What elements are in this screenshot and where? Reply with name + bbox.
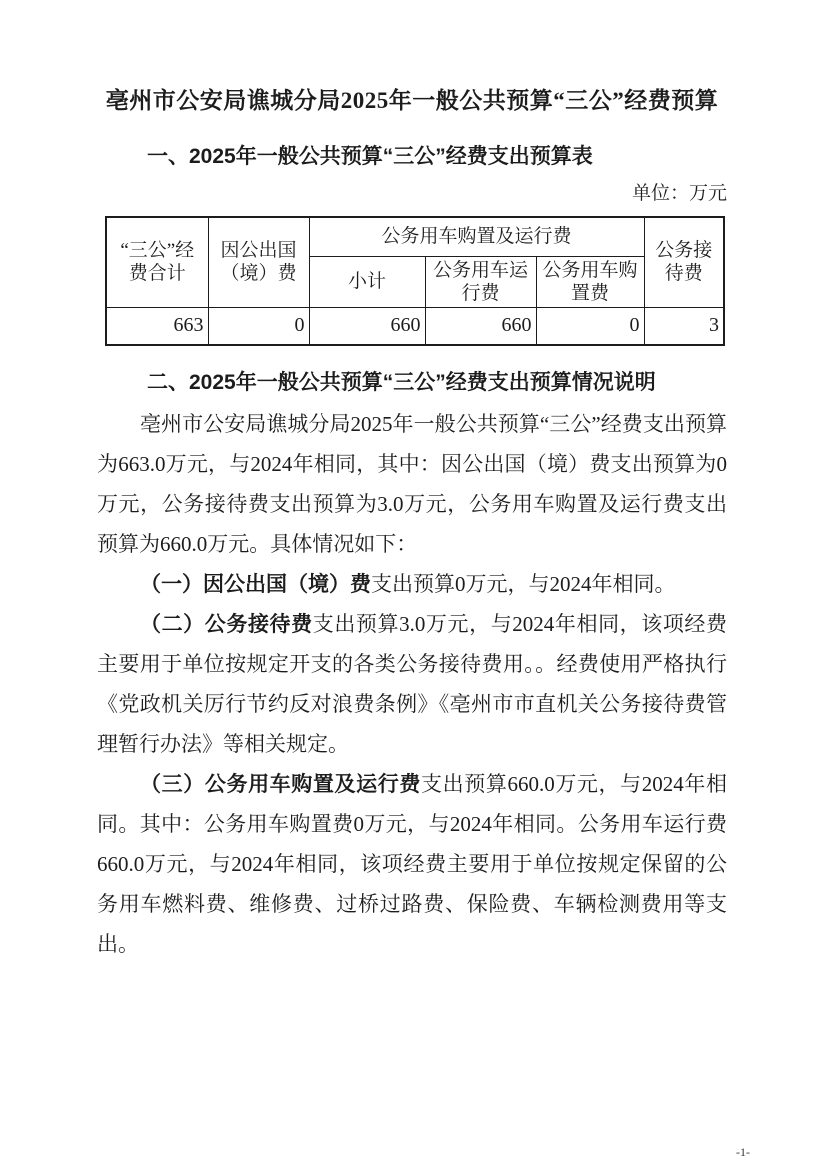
paragraph-item3-text: 支出预算660.0万元，与2024年相同。其中：公务用车购置费0万元，与2024… [97,772,727,956]
document-page: 亳州市公安局谯城分局2025年一般公共预算“三公”经费预算 一、2025年一般公… [0,0,826,1169]
cell-total: 663 [106,307,208,345]
paragraph-item3: （三）公务用车购置及运行费支出预算660.0万元，与2024年相同。其中：公务用… [97,764,727,964]
cell-abroad: 0 [208,307,309,345]
section2-heading: 二、2025年一般公共预算“三公”经费支出预算情况说明 [97,370,727,396]
paragraph-item2: （二）公务接待费支出预算3.0万元，与2024年相同，该项经费主要用于单位按规定… [97,604,727,764]
section1-heading: 一、2025年一般公共预算“三公”经费支出预算表 [97,144,727,170]
document-title: 亳州市公安局谯城分局2025年一般公共预算“三公”经费预算 [97,86,727,116]
table-row: 663 0 660 660 0 3 [106,307,724,345]
paragraph-item1-text: 支出预算0万元，与2024年相同。 [371,572,676,596]
col-header-vehicle-subtotal: 小计 [309,256,425,307]
cell-vehicle-operation: 660 [425,307,536,345]
paragraph-item1: （一）因公出国（境）费支出预算0万元，与2024年相同。 [97,564,727,604]
paragraph-item2-lead: （二）公务接待费 [140,612,313,636]
unit-label: 单位：万元 [97,182,727,206]
col-header-reception: 公务接待费 [644,217,724,307]
col-header-total: “三公”经费合计 [106,217,208,307]
budget-table: “三公”经费合计 因公出国（境）费 公务用车购置及运行费 公务接待费 小计 公务… [105,216,725,346]
col-header-vehicle-group: 公务用车购置及运行费 [309,217,644,256]
col-header-vehicle-operation: 公务用车运行费 [425,256,536,307]
page-number: -1- [736,1145,750,1159]
cell-vehicle-subtotal: 660 [309,307,425,345]
cell-reception: 3 [644,307,724,345]
paragraph-intro: 亳州市公安局谯城分局2025年一般公共预算“三公”经费支出预算为663.0万元，… [97,404,727,564]
paragraph-item1-lead: （一）因公出国（境）费 [140,572,371,596]
cell-vehicle-purchase: 0 [536,307,644,345]
col-header-vehicle-purchase: 公务用车购置费 [536,256,644,307]
table-header-row-1: “三公”经费合计 因公出国（境）费 公务用车购置及运行费 公务接待费 [106,217,724,256]
col-header-abroad: 因公出国（境）费 [208,217,309,307]
paragraph-item3-lead: （三）公务用车购置及运行费 [140,772,421,796]
